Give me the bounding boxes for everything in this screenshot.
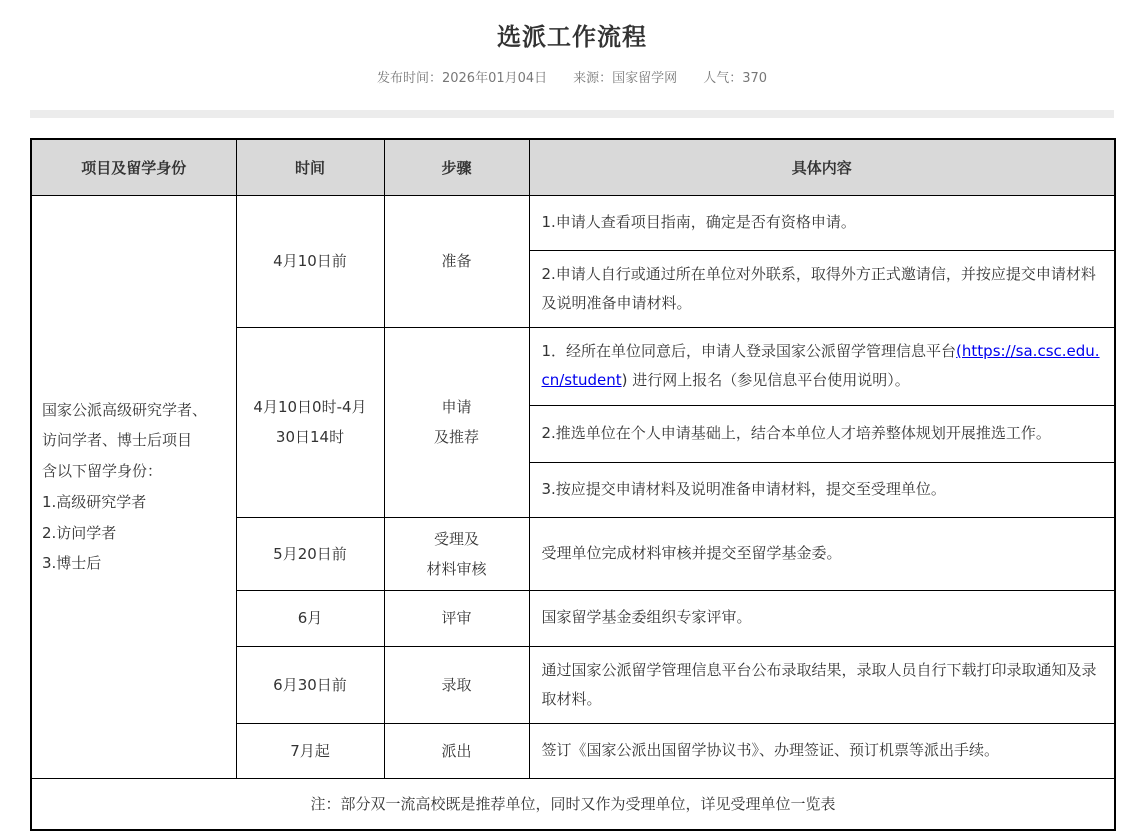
content-cell: 通过国家公派留学管理信息平台公布录取结果，录取人员自行下载打印录取通知及录取材料… xyxy=(529,646,1115,724)
col-header-time: 时间 xyxy=(236,139,384,195)
view-count: 人气：370 xyxy=(703,67,767,86)
view-count-label: 人气： xyxy=(703,71,742,86)
content-cell: 1．经所在单位同意后，申请人登录国家公派留学管理信息平台(https://sa.… xyxy=(529,328,1115,406)
source-value: 国家留学网 xyxy=(612,71,677,86)
content-text-before-link: 1．经所在单位同意后，申请人登录国家公派留学管理信息平台 xyxy=(542,342,957,360)
article-page: 选派工作流程 发布时间：2026年01月04日来源：国家留学网人气：370 项目… xyxy=(0,0,1144,831)
article-meta: 发布时间：2026年01月04日来源：国家留学网人气：370 xyxy=(0,67,1144,86)
step-cell: 申请 及推荐 xyxy=(384,328,529,518)
page-title: 选派工作流程 xyxy=(0,17,1144,52)
content-cell: 3.按应提交申请材料及说明准备申请材料，提交至受理单位。 xyxy=(529,462,1115,517)
article-header: 选派工作流程 发布时间：2026年01月04日来源：国家留学网人气：370 xyxy=(0,0,1144,86)
view-count-value: 370 xyxy=(742,71,767,86)
project-identity-cell: 国家公派高级研究学者、 访问学者、博士后项目 含以下留学身份： 1.高级研究学者… xyxy=(31,195,236,779)
content-text-after-link: ) 进行网上报名（参见信息平台使用说明）。 xyxy=(622,371,910,389)
process-table: 项目及留学身份 时间 步骤 具体内容 国家公派高级研究学者、 访问学者、博士后项… xyxy=(30,138,1116,831)
time-cell: 7月起 xyxy=(236,724,384,779)
step-cell: 评审 xyxy=(384,590,529,646)
col-header-project: 项目及留学身份 xyxy=(31,139,236,195)
table-header-row: 项目及留学身份 时间 步骤 具体内容 xyxy=(31,139,1115,195)
time-cell: 6月 xyxy=(236,590,384,646)
time-cell: 5月20日前 xyxy=(236,517,384,590)
col-header-detail: 具体内容 xyxy=(529,139,1115,195)
source: 来源：国家留学网 xyxy=(573,67,677,86)
content-cell: 受理单位完成材料审核并提交至留学基金委。 xyxy=(529,517,1115,590)
table-note-row: 注：部分双一流高校既是推荐单位，同时又作为受理单位，详见受理单位一览表 xyxy=(31,779,1115,830)
step-cell: 受理及 材料审核 xyxy=(384,517,529,590)
publish-date: 发布时间：2026年01月04日 xyxy=(377,67,547,86)
step-cell: 录取 xyxy=(384,646,529,724)
col-header-step: 步骤 xyxy=(384,139,529,195)
table-row: 国家公派高级研究学者、 访问学者、博士后项目 含以下留学身份： 1.高级研究学者… xyxy=(31,195,1115,250)
publish-date-value: 2026年01月04日 xyxy=(442,71,547,86)
source-label: 来源： xyxy=(573,71,612,86)
time-cell: 4月10日前 xyxy=(236,195,384,328)
publish-date-label: 发布时间： xyxy=(377,71,442,86)
content-cell: 1.申请人查看项目指南，确定是否有资格申请。 xyxy=(529,195,1115,250)
content-cell: 2.推选单位在个人申请基础上，结合本单位人才培养整体规划开展推选工作。 xyxy=(529,405,1115,462)
divider xyxy=(30,110,1114,118)
content-cell: 2.申请人自行或通过所在单位对外联系，取得外方正式邀请信，并按应提交申请材料及说… xyxy=(529,250,1115,328)
time-cell: 4月10日0时-4月 30日14时 xyxy=(236,328,384,518)
content-cell: 签订《国家公派出国留学协议书》、办理签证、预订机票等派出手续。 xyxy=(529,724,1115,779)
time-cell: 6月30日前 xyxy=(236,646,384,724)
step-cell: 准备 xyxy=(384,195,529,328)
step-cell: 派出 xyxy=(384,724,529,779)
content-cell: 国家留学基金委组织专家评审。 xyxy=(529,590,1115,646)
note-cell: 注：部分双一流高校既是推荐单位，同时又作为受理单位，详见受理单位一览表 xyxy=(31,779,1115,830)
